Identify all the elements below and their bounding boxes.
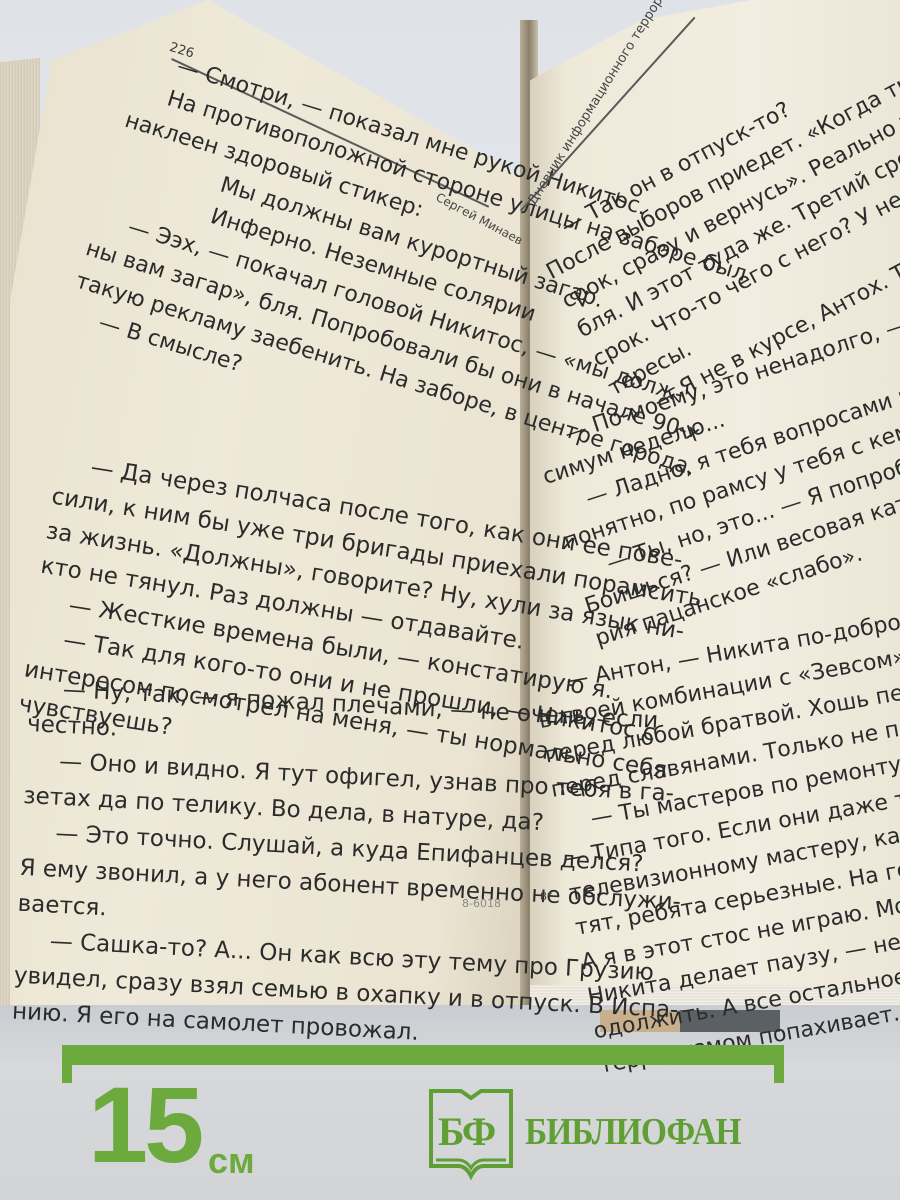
size-value: 15 (88, 1070, 200, 1180)
size-unit: см (208, 1140, 255, 1182)
ruler-bar (62, 1045, 784, 1065)
ruler-tick-right (774, 1045, 784, 1083)
brand-logo-letters: БФ (438, 1108, 494, 1155)
brand-name: БИБЛИОФАН (525, 1110, 741, 1154)
print-mark-left: 8-6018 (462, 897, 501, 910)
ruler-tick-left (62, 1045, 72, 1083)
print-mark-right: 8* (540, 890, 553, 903)
